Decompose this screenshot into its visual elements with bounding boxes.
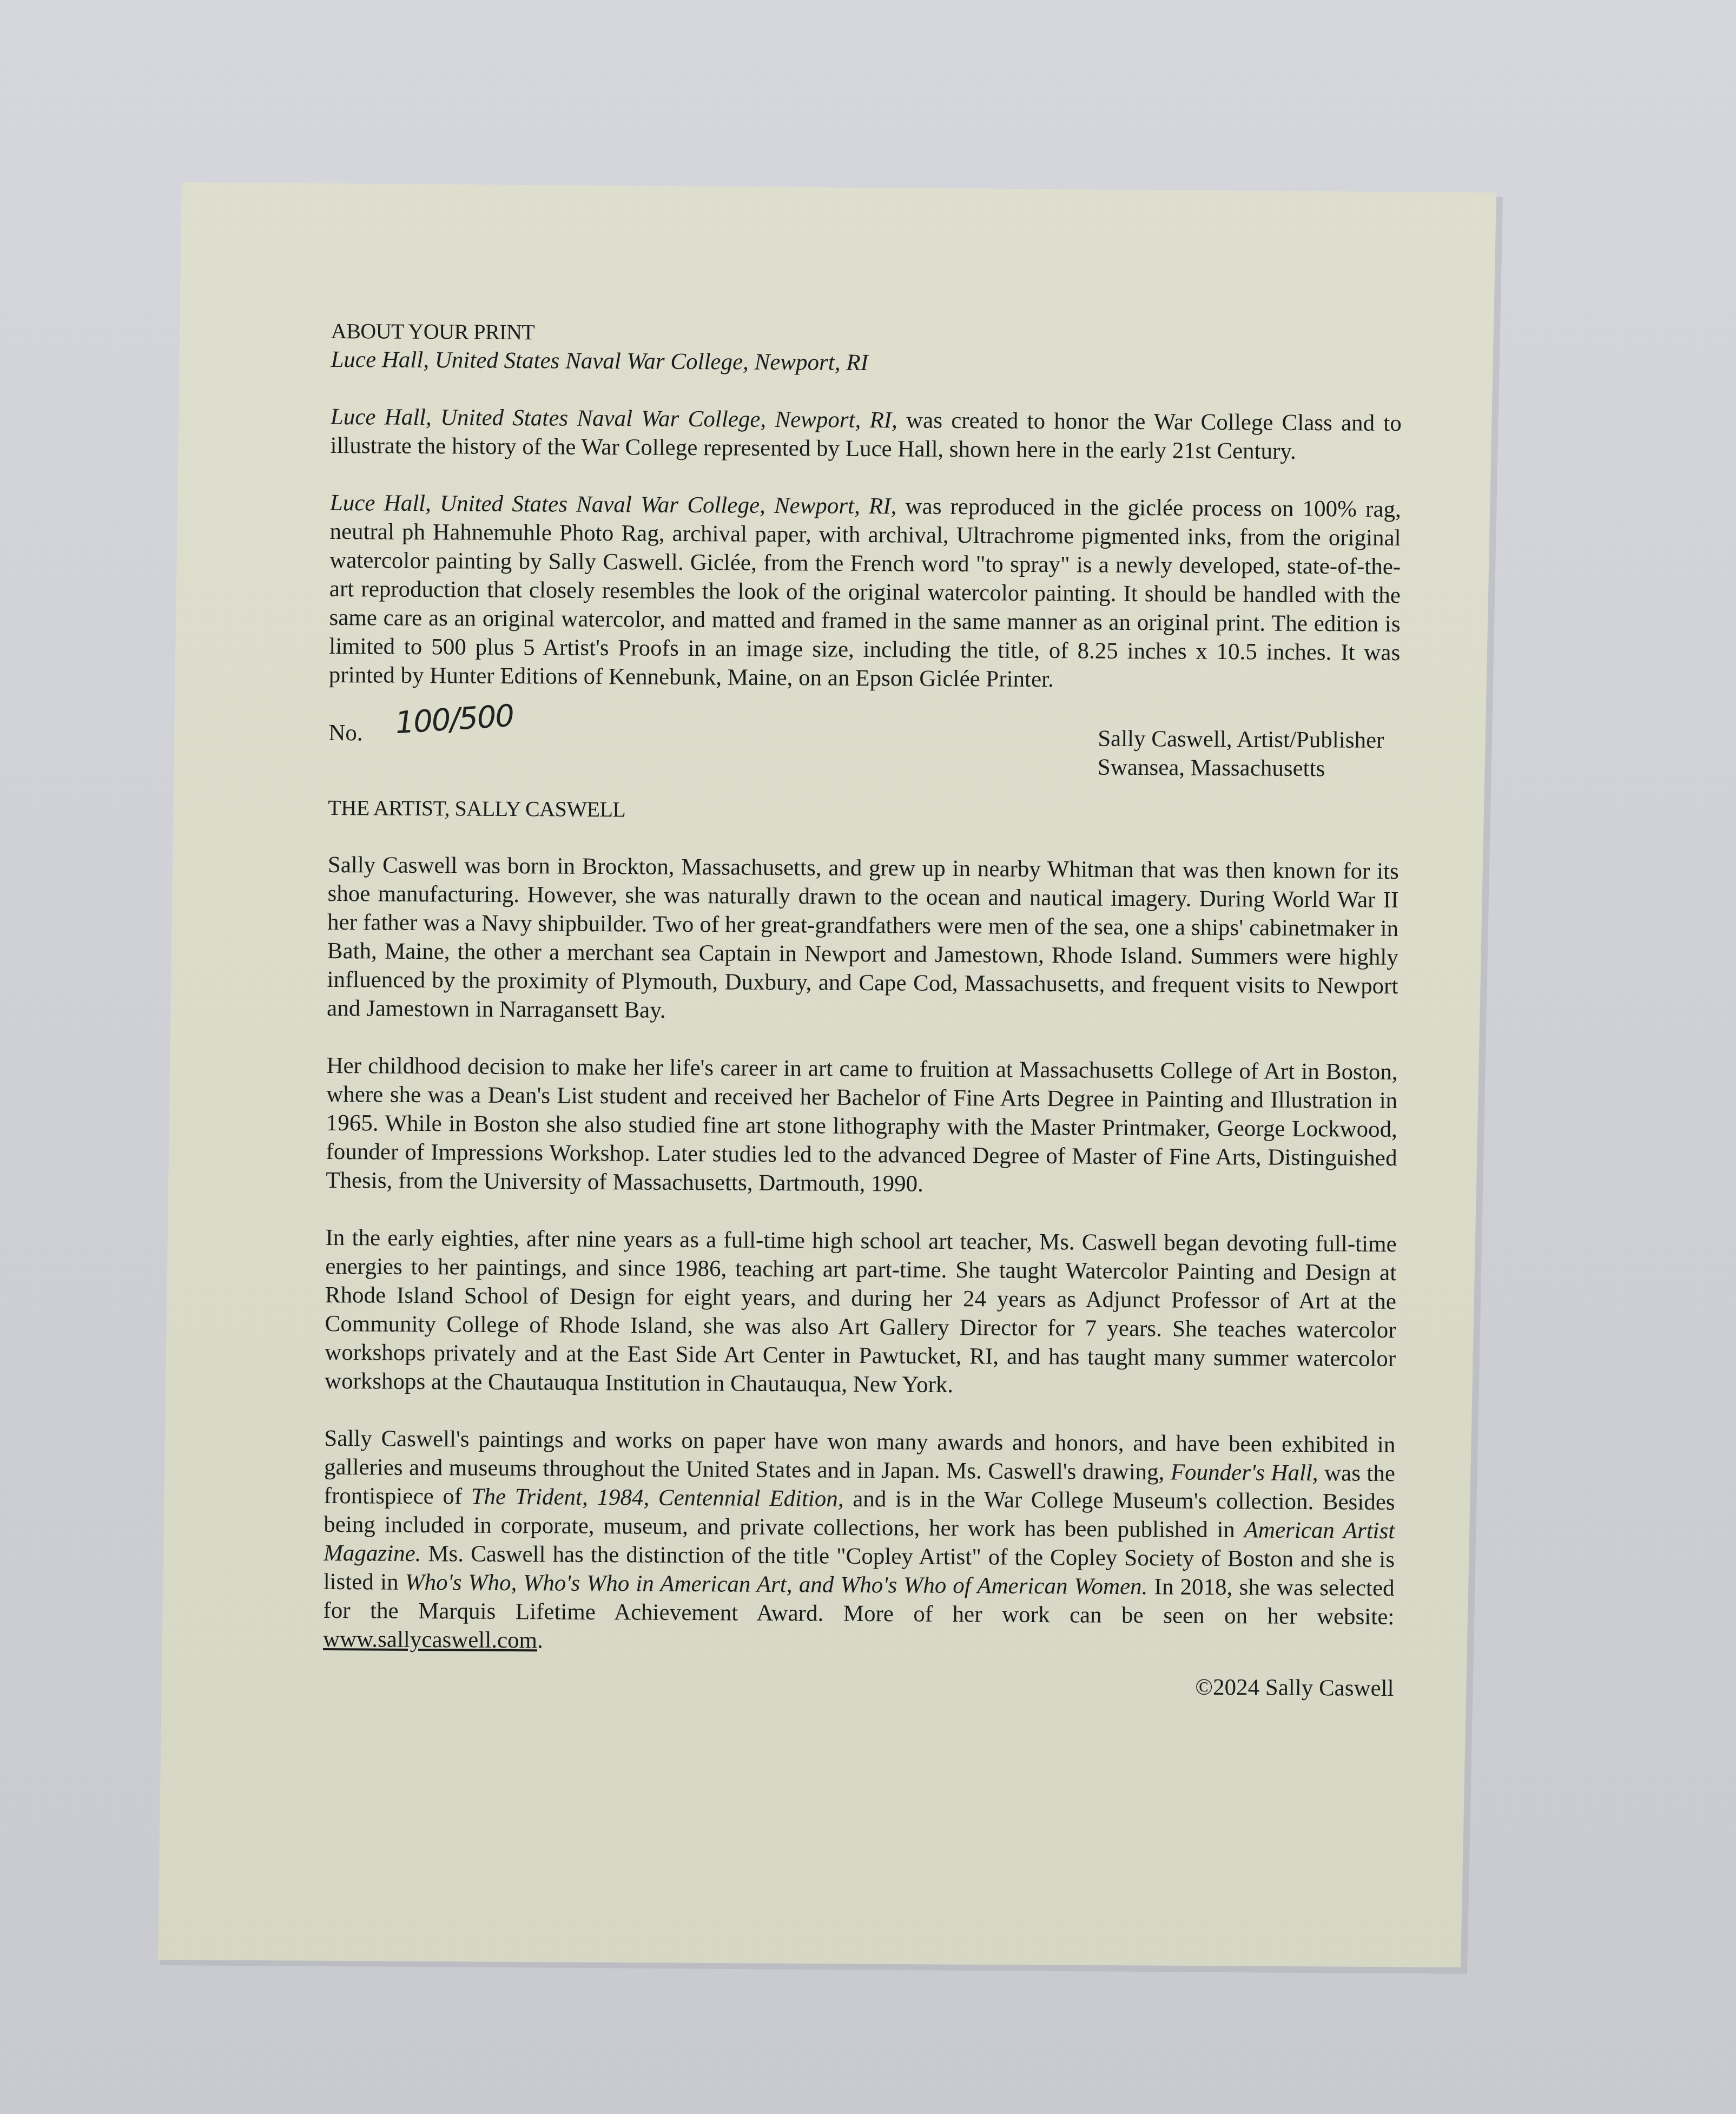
artwork-title: Luce Hall, United States Naval War Colle…: [330, 490, 897, 519]
publisher-block: Sally Caswell, Artist/Publisher Swansea,…: [1098, 725, 1390, 783]
publication-title: Who's Who, Who's Who in American Art, an…: [405, 1570, 1148, 1599]
artwork-title: Founder's Hall,: [1171, 1460, 1318, 1486]
about-paragraph-2: Luce Hall, United States Naval War Colle…: [329, 489, 1401, 696]
about-paragraph-1: Luce Hall, United States Naval War Colle…: [330, 403, 1402, 466]
publication-title: The Trident, 1984, Centennial Edition,: [471, 1484, 844, 1512]
publisher-location: Swansea, Massachusetts: [1098, 753, 1390, 783]
document-content: ABOUT YOUR PRINT Luce Hall, United State…: [322, 317, 1402, 1703]
edition-number-block: No. 100/500: [328, 709, 513, 748]
publisher-name: Sally Caswell, Artist/Publisher: [1098, 725, 1390, 755]
artist-paragraph-2: Her childhood decision to make her life'…: [326, 1051, 1398, 1201]
website-link[interactable]: www.sallycaswell.com: [323, 1626, 537, 1653]
edition-label: No.: [328, 719, 363, 747]
artwork-title: Luce Hall, United States Naval War Colle…: [331, 404, 897, 433]
artist-paragraph-3: In the early eighties, after nine years …: [325, 1223, 1397, 1402]
handwritten-edition-number: 100/500: [394, 702, 514, 738]
artist-paragraph-1: Sally Caswell was born in Brockton, Mass…: [327, 851, 1399, 1029]
edition-signature-row: No. 100/500 Sally Caswell, Artist/Publis…: [328, 709, 1400, 783]
artist-paragraph-4: Sally Caswell's paintings and works on p…: [323, 1424, 1396, 1660]
